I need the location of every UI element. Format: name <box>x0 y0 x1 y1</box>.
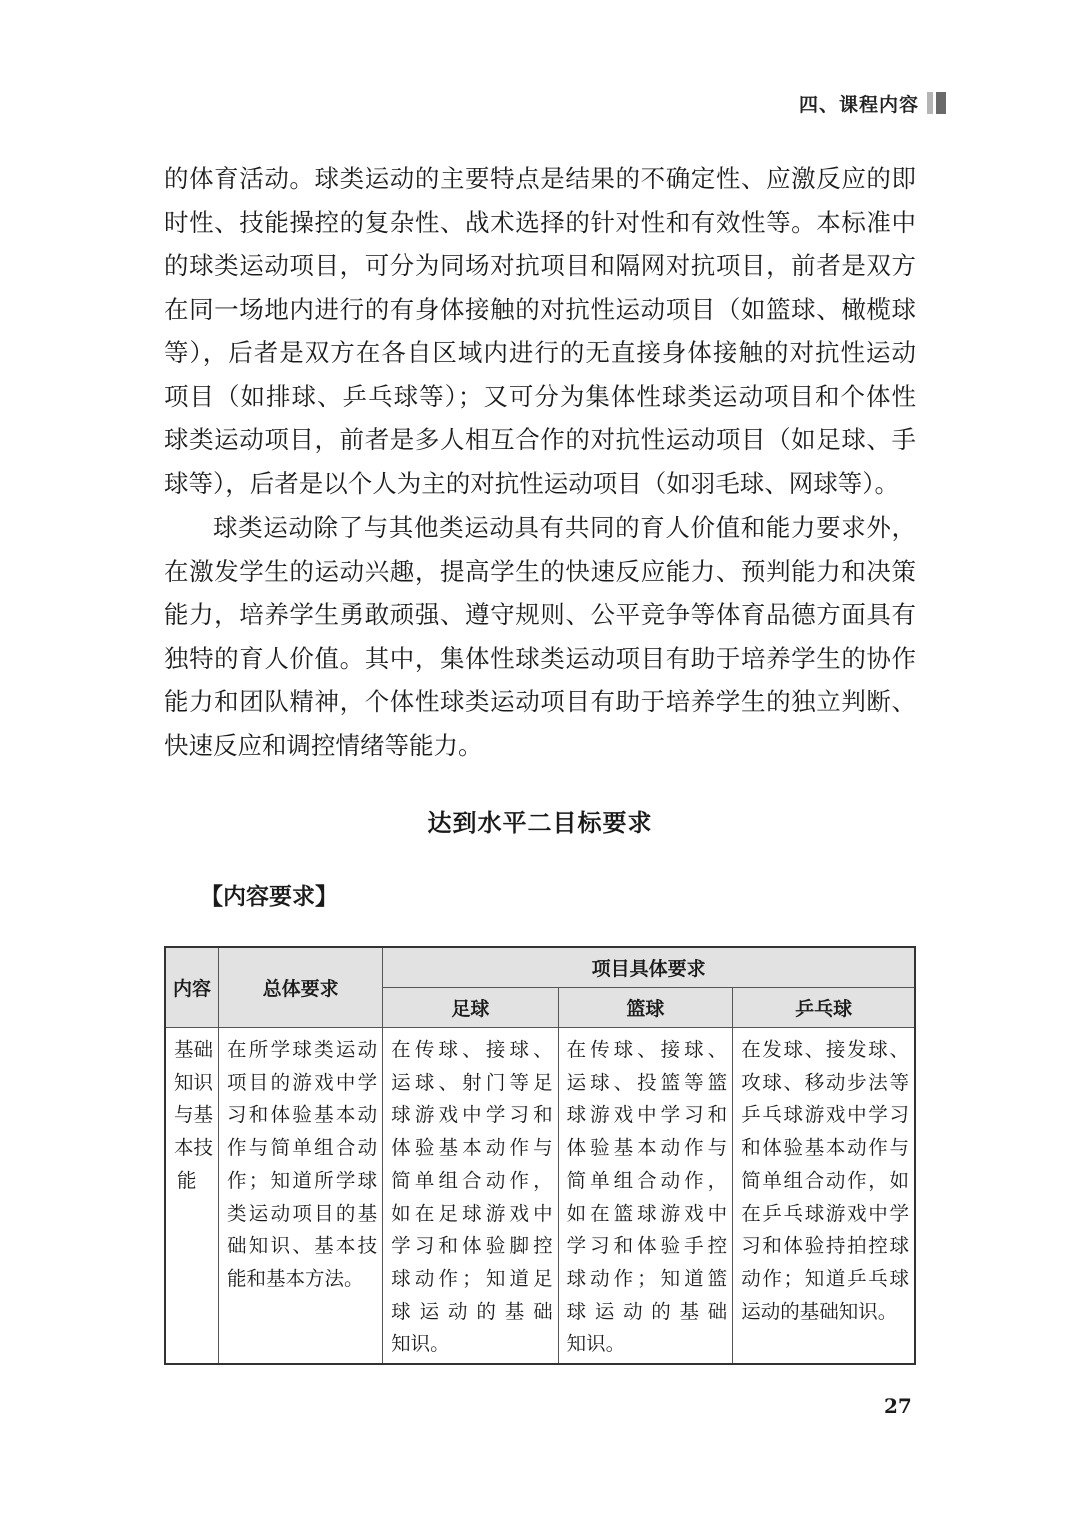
section-title: 达到水平二目标要求 <box>0 803 1080 838</box>
cell-line: 作与简单组合动 <box>227 1132 377 1165</box>
text-line: 项目（如排球、乒乓球等）；又可分为集体性球类运动项目和个体性 <box>164 375 916 419</box>
cell-line: 和体验基本动作与 <box>741 1132 909 1165</box>
text-line: 独特的育人价值。其中，集体性球类运动项目有助于培养学生的协作 <box>164 637 916 681</box>
cell-line: 在传球、接球、 <box>567 1034 728 1067</box>
cell-line: 能和基本方法。 <box>227 1263 377 1296</box>
cell-line: 简单组合动作， <box>391 1165 552 1198</box>
cell-line: 项目的游戏中学 <box>227 1067 377 1100</box>
header-football: 足球 <box>383 988 558 1028</box>
page-number: 27 <box>884 1394 912 1418</box>
cell-line: 能 <box>174 1165 213 1198</box>
header-basketball: 篮球 <box>558 988 733 1028</box>
cell-basketball: 在传球、接球、 运球、投篮等篮 球游戏中学习和 体验基本动作与 简单组合动作， … <box>558 1028 733 1365</box>
cell-line: 简单组合动作，如 <box>741 1165 909 1198</box>
cell-line: 运球、射门等足 <box>391 1067 552 1100</box>
cell-pingpong: 在发球、接发球、 攻球、移动步法等 乒乓球游戏中学习 和体验基本动作与 简单组合… <box>733 1028 915 1365</box>
cell-line: 球运动的基础 <box>567 1296 728 1329</box>
paragraph-ball-sports-features: 的体育活动。球类运动的主要特点是结果的不确定性、应激反应的即 时性、技能操控的复… <box>164 157 916 505</box>
cell-line: 球运动的基础 <box>391 1296 552 1329</box>
cell-line: 知识 <box>174 1067 213 1100</box>
subheading-content-requirements: 【内容要求】 <box>200 878 338 911</box>
text-line: 的球类运动项目，可分为同场对抗项目和隔网对抗项目，前者是双方 <box>164 244 916 288</box>
paragraph-educational-value: 球类运动除了与其他类运动具有共同的育人价值和能力要求外， 在激发学生的运动兴趣，… <box>164 506 916 767</box>
table-row: 基础 知识 与基 本技 能 在所学球类运动 项目的游戏中学 习和体验基本动 作与… <box>165 1028 915 1365</box>
cell-line: 如在篮球游戏中 <box>567 1198 728 1231</box>
cell-line: 知识。 <box>567 1328 728 1361</box>
cell-line: 运球、投篮等篮 <box>567 1067 728 1100</box>
cell-line: 习和体验持拍控球 <box>741 1230 909 1263</box>
cell-line: 与基 <box>174 1099 213 1132</box>
cell-line: 本技 <box>174 1132 213 1165</box>
cell-line: 知识。 <box>391 1328 552 1361</box>
header-bar-light-icon <box>927 92 933 114</box>
cell-line: 动作；知道乒乓球 <box>741 1263 909 1296</box>
chapter-title: 四、课程内容 <box>799 90 919 117</box>
cell-line: 类运动项目的基 <box>227 1198 377 1231</box>
text-line: 能力和团队精神，个体性球类运动项目有助于培养学生的独立判断、 <box>164 680 916 724</box>
cell-line: 在传球、接球、 <box>391 1034 552 1067</box>
cell-football: 在传球、接球、 运球、射门等足 球游戏中学习和 体验基本动作与 简单组合动作， … <box>383 1028 558 1365</box>
cell-line: 础知识、基本技 <box>227 1230 377 1263</box>
cell-line: 体验基本动作与 <box>567 1132 728 1165</box>
header-specific: 项目具体要求 <box>383 947 915 988</box>
requirements-table: 内容 总体要求 项目具体要求 足球 篮球 乒乓球 基础 知识 与基 本技 能 在… <box>164 946 916 1365</box>
cell-line: 球游戏中学习和 <box>391 1099 552 1132</box>
text-line: 能力，培养学生勇敢顽强、遵守规则、公平竞争等体育品德方面具有 <box>164 593 916 637</box>
header-bar-dark-icon <box>936 92 946 114</box>
cell-line: 学习和体验脚控 <box>391 1230 552 1263</box>
text-line: 球类运动项目，前者是多人相互合作的对抗性运动项目（如足球、手 <box>164 418 916 462</box>
running-header: 四、课程内容 <box>799 88 946 118</box>
text-line: 在激发学生的运动兴趣，提高学生的快速反应能力、预判能力和决策 <box>164 550 916 594</box>
text-line: 在同一场地内进行的有身体接触的对抗性运动项目（如篮球、橄榄球 <box>164 288 916 332</box>
text-line: 快速反应和调控情绪等能力。 <box>164 724 916 768</box>
header-content: 内容 <box>165 947 219 1028</box>
cell-content: 基础 知识 与基 本技 能 <box>165 1028 219 1365</box>
cell-line: 运动的基础知识。 <box>741 1296 909 1329</box>
cell-line: 如在足球游戏中 <box>391 1198 552 1231</box>
cell-line: 学习和体验手控 <box>567 1230 728 1263</box>
text-line: 时性、技能操控的复杂性、战术选择的针对性和有效性等。本标准中 <box>164 201 916 245</box>
cell-overall: 在所学球类运动 项目的游戏中学 习和体验基本动 作与简单组合动 作；知道所学球 … <box>219 1028 383 1365</box>
cell-line: 习和体验基本动 <box>227 1099 377 1132</box>
text-line: 等），后者是双方在各自区域内进行的无直接身体接触的对抗性运动 <box>164 331 916 375</box>
cell-line: 乒乓球游戏中学习 <box>741 1099 909 1132</box>
cell-line: 基础 <box>174 1034 213 1067</box>
header-pingpong: 乒乓球 <box>733 988 915 1028</box>
cell-line: 作；知道所学球 <box>227 1165 377 1198</box>
cell-line: 球动作；知道足 <box>391 1263 552 1296</box>
cell-line: 球动作；知道篮 <box>567 1263 728 1296</box>
cell-line: 在乒乓球游戏中学 <box>741 1198 909 1231</box>
cell-line: 攻球、移动步法等 <box>741 1067 909 1100</box>
cell-line: 在发球、接发球、 <box>741 1034 909 1067</box>
cell-line: 体验基本动作与 <box>391 1132 552 1165</box>
text-line: 球类运动除了与其他类运动具有共同的育人价值和能力要求外， <box>164 506 916 550</box>
text-line: 球等），后者是以个人为主的对抗性运动项目（如羽毛球、网球等）。 <box>164 462 916 506</box>
text-line: 的体育活动。球类运动的主要特点是结果的不确定性、应激反应的即 <box>164 157 916 201</box>
header-overall: 总体要求 <box>219 947 383 1028</box>
cell-line: 在所学球类运动 <box>227 1034 377 1067</box>
cell-line: 简单组合动作， <box>567 1165 728 1198</box>
cell-line: 球游戏中学习和 <box>567 1099 728 1132</box>
